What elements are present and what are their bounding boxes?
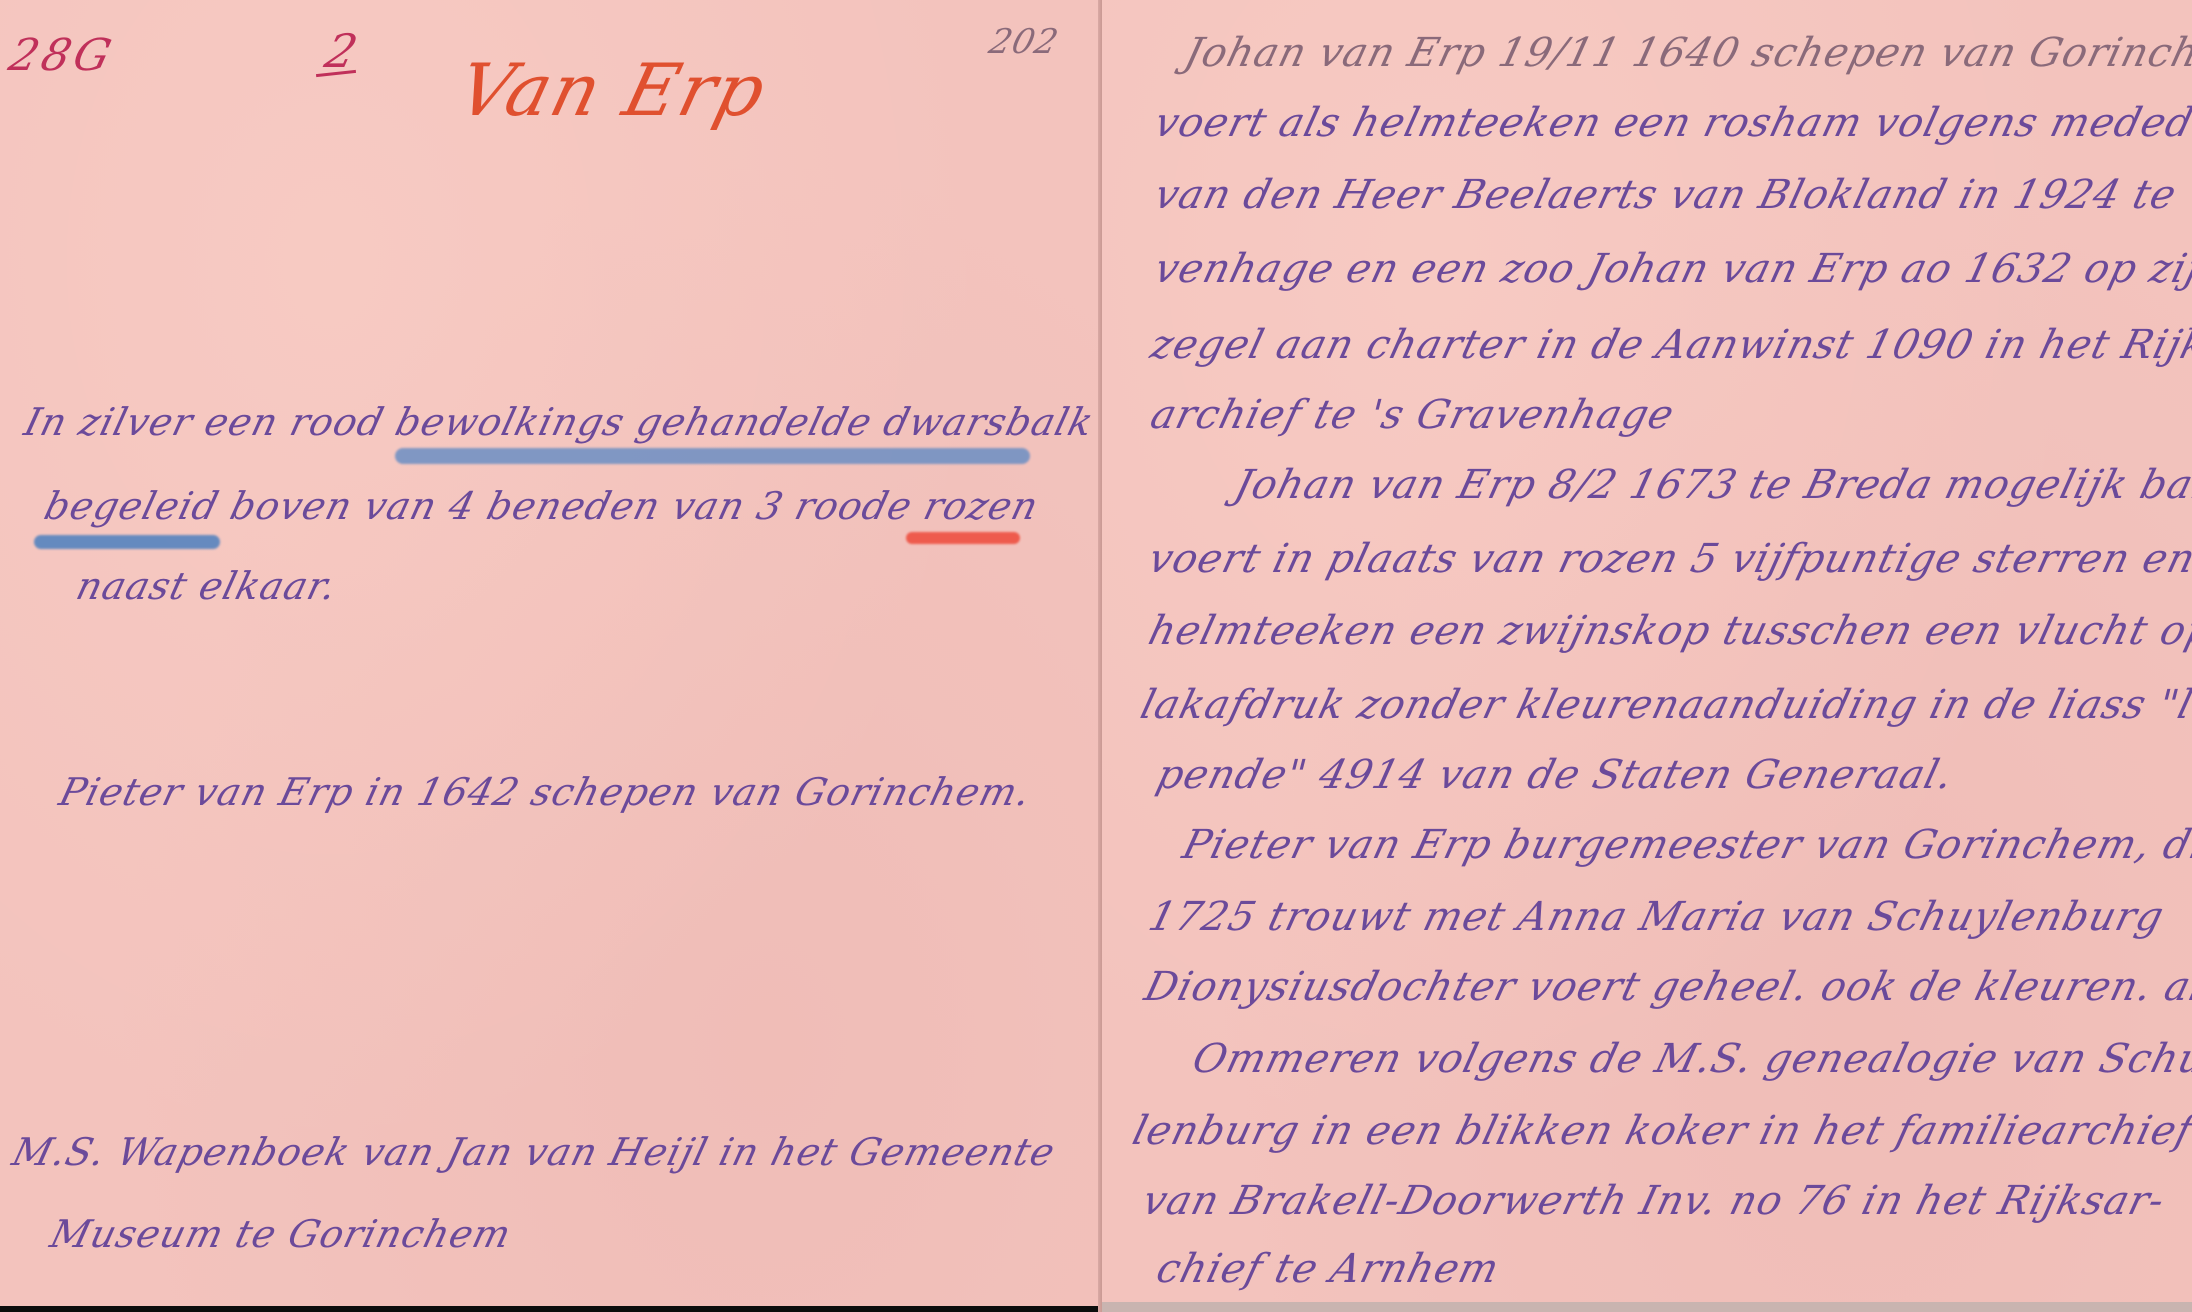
card-number: 2 — [320, 24, 364, 78]
catalog-number: 28G — [4, 30, 120, 81]
right-line-11: pende" 4914 van de Staten Generaal. — [1152, 752, 1958, 798]
right-line-9: helmteeken een zwijnskop tusschen een vl… — [1144, 608, 2192, 654]
blazon-line-3: naast elkaar. — [72, 564, 342, 608]
right-line-4: venhage en een zoo Johan van Erp ao 1632… — [1150, 246, 2192, 292]
highlight-blue-dwarsbalk — [395, 448, 1030, 464]
left-page: 28G 2 Van Erp 202 In zilver een rood bew… — [0, 0, 1098, 1306]
source-line-2: Museum te Gorinchem — [46, 1212, 516, 1256]
folio-number: 202 — [985, 22, 1063, 62]
right-line-16: lenburg in een blikken koker in het fami… — [1128, 1108, 2192, 1154]
right-line-1: Johan van Erp 19/11 1640 schepen van Gor… — [1180, 30, 2192, 76]
scan-edge-right — [1102, 1302, 2192, 1312]
right-line-8: voert in plaats van rozen 5 vijfpuntige … — [1144, 536, 2192, 582]
right-line-17: van Brakell-Doorwerth Inv. no 76 in het … — [1138, 1178, 2170, 1224]
scan-edge-left — [0, 1306, 1098, 1312]
right-line-7: Johan van Erp 8/2 1673 te Breda mogelijk… — [1230, 462, 2192, 508]
right-line-5: zegel aan charter in de Aanwinst 1090 in… — [1146, 322, 2192, 368]
right-line-18: chief te Arnhem — [1152, 1246, 1504, 1292]
right-line-10: lakafdruk zonder kleurenaanduiding in de… — [1136, 682, 2192, 728]
right-page: Johan van Erp 19/11 1640 schepen van Gor… — [1102, 0, 2192, 1302]
blazon-line-2: begeleid boven van 4 beneden van 3 roode… — [40, 484, 1043, 528]
highlight-blue-begeleid — [34, 535, 220, 549]
blazon-line-1: In zilver een rood bewolkings gehandelde… — [20, 400, 1098, 444]
page-title: Van Erp — [450, 48, 776, 132]
right-line-12: Pieter van Erp burgemeester van Gorinche… — [1178, 822, 2192, 868]
right-line-14: Dionysiusdochter voert geheel. ook de kl… — [1140, 964, 2192, 1010]
right-line-2: voert als helmteeken een rosham volgens … — [1150, 100, 2192, 146]
right-line-13: 1725 trouwt met Anna Maria van Schuylenb… — [1144, 894, 2169, 940]
entry-pieter-1642: Pieter van Erp in 1642 schepen van Gorin… — [55, 770, 1036, 814]
source-line-1: M.S. Wapenboek van Jan van Heijl in het … — [8, 1130, 1060, 1174]
highlight-red-rozen — [906, 532, 1020, 544]
right-line-15: Ommeren volgens de M.S. genealogie van S… — [1188, 1036, 2192, 1082]
right-line-3: van den Heer Beelaerts van Blokland in 1… — [1150, 172, 2192, 218]
right-line-6: archief te 's Gravenhage — [1146, 392, 1679, 438]
